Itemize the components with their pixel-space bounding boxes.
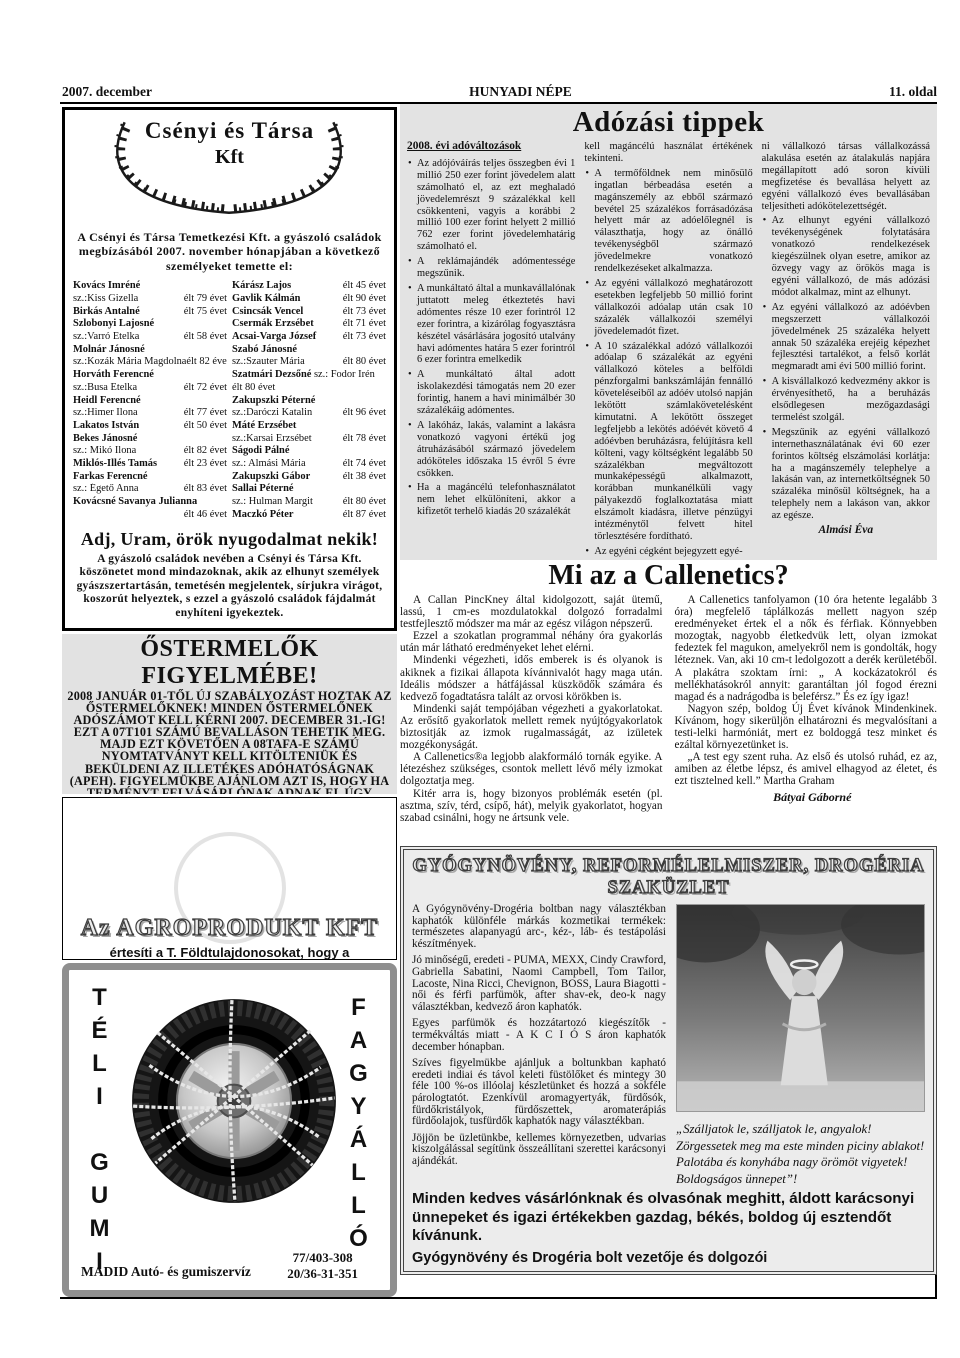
obituary-entry: Csincsák Vencel élt 73 évet xyxy=(232,306,386,319)
deceased-name: Maczkó Péter xyxy=(232,509,293,520)
age-at-death: élt 50 évet xyxy=(184,420,227,433)
drugstore-title: GYÓGYNÖVÉNY, REFORMÉLELMISZER, DROGÉRIA … xyxy=(412,855,925,899)
tire-shop-name: MADID Autó- és gumiszervíz xyxy=(81,1264,251,1280)
deceased-name: Szabó Jánosné xyxy=(232,344,297,355)
article-author: Bátyai Gáborné xyxy=(675,791,938,803)
age-at-death: élt 75 évet xyxy=(184,306,227,319)
age-at-death: élt 82 évet xyxy=(186,356,227,369)
deceased-name: Horváth Ferencné xyxy=(73,369,154,380)
obituary-entry: sz.:Szauter Mária élt 80 évet xyxy=(232,356,386,369)
obituary-entry: sz.:Karsai Erzsébet élt 78 évet xyxy=(232,433,386,446)
obituary-entry: Horváth Ferencné xyxy=(73,369,227,382)
page-bottom-rule xyxy=(60,1297,937,1299)
obituary-entry: sz.: Égető Anna élt 83 évet xyxy=(73,483,227,496)
tire-ad: TÉLI GUMI FAGYÁLLÓ xyxy=(62,963,397,1297)
tax-tips-column-3: ni vállalkozó társas vállalkozássá alaku… xyxy=(762,141,930,560)
tax-change-item: A munkáltató által adott iskolakezdési t… xyxy=(407,369,575,417)
obituary-entry: sz.:Varró Etelka élt 58 évet xyxy=(73,331,227,344)
callenetics-article: Mi az a Callenetics? A Callan PincKney á… xyxy=(400,560,937,846)
maiden-name: sz.: Hulman Margit xyxy=(232,496,313,507)
holiday-greeting: Minden kedves vásárlónknak és olvasónak … xyxy=(412,1190,925,1246)
tax-tip-item: Az egyéni vállalkozó meghatározott esete… xyxy=(584,278,752,338)
obituary-entry: élt 80 évet xyxy=(232,382,386,395)
obituary-entry: Bekes Jánosné xyxy=(73,433,227,446)
obituary-entry: élt 46 évet xyxy=(73,509,227,522)
deceased-name: Birkás Antalné xyxy=(73,306,140,317)
winter-tire-vertical-text: TÉLI GUMI xyxy=(85,984,113,1281)
tax-tip-item: A 10 százalékkal adózó vállalkozói adóal… xyxy=(584,341,752,543)
agroprodukt-notice: Az AGROPRODUKT KFT értesíti a T. Földtul… xyxy=(62,797,397,960)
tax-change-item: Ha a magáncélú telefonhasználatot nem le… xyxy=(407,482,575,518)
poem-line: Zörgessetek meg ma este minden piciny ab… xyxy=(676,1138,925,1155)
prayer-line: Adj, Uram, örök nyugodalmat nekik! xyxy=(73,529,386,550)
obituary-entry: Heidl Ferencné xyxy=(73,395,227,408)
paragraph: Ezzel a szokatlan programmal néhány óra … xyxy=(400,630,663,654)
condolence-thanks: A gyászoló családok nevében a Csényi és … xyxy=(73,553,386,621)
page-number: 11. oldal xyxy=(889,84,937,100)
tire-with-snow-chains-image xyxy=(127,994,341,1208)
tax-changes-heading: 2008. évi adóváltozások xyxy=(407,141,575,153)
maiden-name: sz.:Kozák Mária Magdolna xyxy=(73,356,186,367)
paragraph: Jó minőségű, eredeti - PUMA, MEXX, Cindy… xyxy=(412,955,666,1013)
obituary-entry: sz.: Hulman Margit élt 80 évet xyxy=(232,496,386,509)
age-at-death: élt 82 évet xyxy=(184,445,227,458)
callenetics-column-left: A Callan PincKney által kidolgozott, saj… xyxy=(400,594,663,824)
tax-tip-item: Megszűnik az egyéni vállalkozó interneth… xyxy=(762,427,930,522)
deceased-name: Csincsák Vencel xyxy=(232,306,303,317)
paragraph: Jöjjön be üzletünkbe, kellemes környezet… xyxy=(412,1133,666,1168)
tax-tip-item: A kisvállalkozó kedvezmény akkor is érvé… xyxy=(762,376,930,424)
obituary-entry: sz.:Daróczi Katalin élt 96 évet xyxy=(232,407,386,420)
maiden-name: sz.: Almási Mária xyxy=(232,458,306,469)
obituary-entry: Csermák Erzsébet élt 71 évet xyxy=(232,318,386,331)
farmers-notice-body: 2008 JANUÁR 01-TŐL ÚJ SZABÁLYOZÁST HOZTA… xyxy=(66,690,393,794)
obituary-entry: Szatmári Dezsőné sz.: Fodor Irén xyxy=(232,369,386,382)
deceased-name: Csermák Erzsébet xyxy=(232,318,314,329)
drugstore-title-line1: GYÓGYNÖVÉNY, REFORMÉLELMISZER, DROGÉRIA xyxy=(412,856,924,876)
tax-tip-item: Az elhunyt egyéni vállalkozó tevékenység… xyxy=(762,215,930,298)
age-at-death: élt 73 évet xyxy=(343,306,386,319)
age-at-death: élt 58 évet xyxy=(184,331,227,344)
obituary-ad: Csényi és Társa Kft A Csényi és Társa Te… xyxy=(62,107,397,631)
deceased-name: Gavlik Kálmán xyxy=(232,293,300,304)
phone-number-1: 77/403-308 xyxy=(287,1250,358,1266)
obituary-entry: Maczkó Péter élt 87 évet xyxy=(232,509,386,522)
tire-shop-phones: 77/403-308 20/36-31-351 xyxy=(287,1250,358,1282)
maiden-name: sz.:Karsai Erzsébet xyxy=(232,433,312,444)
age-at-death: élt 90 évet xyxy=(343,293,386,306)
obituary-entry: Sallai Péterné xyxy=(232,483,386,496)
angel-photo xyxy=(676,904,925,1112)
tax-tips-article: Adózási tippek 2008. évi adóváltozások A… xyxy=(400,104,937,560)
obituary-signature: Csényi László ügyvezető xyxy=(73,626,386,631)
age-at-death: élt 46 évet xyxy=(184,509,227,522)
obituary-entry: sz.:Himer Ilona élt 77 évet xyxy=(73,407,227,420)
deceased-name: Zakupszki Gábor xyxy=(232,471,310,482)
obituary-entry: Gavlik Kálmán élt 90 évet xyxy=(232,293,386,306)
paragraph: Mindenki végezheti, idős emberek is és o… xyxy=(400,654,663,702)
deceased-name: Lakatos István xyxy=(73,420,139,431)
obituary-entry: Zakupszki Gábor élt 38 évet xyxy=(232,471,386,484)
age-at-death: élt 23 évet xyxy=(184,458,227,471)
christmas-poem: „Szálljatok le, szálljatok le, angyalok!… xyxy=(676,1121,925,1187)
obituary-entry: sz.:Kiss Gizella élt 79 évet xyxy=(73,293,227,306)
poem-line: „Szálljatok le, szálljatok le, angyalok! xyxy=(676,1121,925,1138)
obituary-entry: Birkás Antalné élt 75 évet xyxy=(73,306,227,319)
age-at-death: élt 79 évet xyxy=(184,293,227,306)
poem-line: Palotába és konyhába nagy örömöt vigyete… xyxy=(676,1154,925,1171)
maiden-name: sz.:Szauter Mária xyxy=(232,356,305,367)
deceased-name: Bekes Jánosné xyxy=(73,433,137,444)
deceased-name: Kovácsné Savanya Julianna xyxy=(73,496,197,507)
paragraph: A Callan PincKney által kidolgozott, saj… xyxy=(400,594,663,630)
obituary-entry: sz.:Busa Etelka élt 72 évet xyxy=(73,382,227,395)
tax-change-item: Az adójóváírás teljes összegben évi 1 mi… xyxy=(407,158,575,253)
poem-line: Boldogságos ünnepet”! xyxy=(676,1171,925,1188)
tax-change-item: A lakóház, lakás, valamint a lakásra von… xyxy=(407,420,575,480)
obituary-entry: Kárász Lajos élt 45 évet xyxy=(232,280,386,293)
agroprodukt-subtitle: értesíti a T. Földtulajdonosokat, hogy a xyxy=(67,943,392,960)
deceased-list: Kovács Imréné sz.:Kiss Gizella élt 79 év… xyxy=(73,280,386,521)
deceased-name: Kárász Lajos xyxy=(232,280,291,291)
maiden-name: sz.: Mikó Ilona xyxy=(73,445,136,456)
tax-tips-column-1: 2008. évi adóváltozások Az adójóváírás t… xyxy=(407,141,575,560)
obituary-entry: Szabó Jánosné xyxy=(232,344,386,357)
paragraph: Kitér arra is, hogy bizonyos problémák e… xyxy=(400,788,663,824)
tax-tip-item: A termőföldnek nem minősülő ingatlan bér… xyxy=(584,168,752,275)
masthead: 2007. december HUNYADI NÉPE 11. oldal xyxy=(62,84,937,100)
age-at-death: élt 77 évet xyxy=(184,407,227,420)
obituary-entry: Lakatos István élt 50 évet xyxy=(73,420,227,433)
tax-tip-item: Az egyéni vállalkozó az adóévben megszer… xyxy=(762,302,930,373)
drugstore-image-column: „Szálljatok le, szálljatok le, angyalok!… xyxy=(676,904,925,1187)
age-at-death: élt 73 évet xyxy=(343,331,386,344)
obituary-entry: sz.: Mikó Ilona élt 82 évet xyxy=(73,445,227,458)
obituary-entry: sz.:Kozák Mária Magdolna élt 82 évet xyxy=(73,356,227,369)
maiden-name: sz.: Fodor Irén xyxy=(311,369,375,380)
age-at-death: élt 78 évet xyxy=(343,433,386,446)
article-author: Almási Éva xyxy=(762,525,930,537)
maiden-name: sz.:Daróczi Katalin xyxy=(232,407,312,418)
age-at-death: élt 87 évet xyxy=(343,509,386,522)
column-continuation: ni vállalkozó társas vállalkozássá alaku… xyxy=(762,141,930,212)
deceased-name: Ságodi Pálné xyxy=(232,445,289,456)
obituary-entry: Kovácsné Savanya Julianna xyxy=(73,496,227,509)
obituary-intro: A Csényi és Társa Temetkezési Kft. a gyá… xyxy=(73,230,386,273)
maiden-name: élt 80 évet xyxy=(232,382,275,393)
tax-tips-title: Adózási tippek xyxy=(407,106,930,139)
obituary-entry: Molnár Jánosné xyxy=(73,344,227,357)
paragraph: „A test egy szent ruha. Az első és utols… xyxy=(675,751,938,787)
tax-change-item: A munkáltató által a munkavállalónak jut… xyxy=(407,283,575,366)
paragraph: Egyes parfümök és hozzátartozó kiegészít… xyxy=(412,1018,666,1053)
callenetics-title: Mi az a Callenetics? xyxy=(400,560,937,592)
drugstore-ad: GYÓGYNÖVÉNY, REFORMÉLELMISZER, DROGÉRIA … xyxy=(400,846,937,1275)
obituary-entry: Acsai-Varga József élt 73 évet xyxy=(232,331,386,344)
drugstore-title-line2: SZAKÜZLET xyxy=(607,878,729,898)
deceased-name: Sallai Péterné xyxy=(232,483,293,494)
farmers-notice-title: ŐSTERMELŐK FIGYELMÉBE! xyxy=(66,636,393,690)
deceased-list-right: Kárász Lajos élt 45 évet Gavlik Kálmán é… xyxy=(232,280,386,521)
agroprodukt-title: Az AGROPRODUKT KFT xyxy=(67,913,392,943)
maiden-name: sz.: Égető Anna xyxy=(73,483,139,494)
paragraph: Szíves figyelmükbe ajánljuk a boltunkban… xyxy=(412,1058,666,1128)
farmers-notice: ŐSTERMELŐK FIGYELMÉBE! 2008 JANUÁR 01-TŐ… xyxy=(62,634,397,794)
age-at-death: élt 80 évet xyxy=(343,496,386,509)
tax-change-item: A reklámajándék adómentessége megszűnik. xyxy=(407,256,575,280)
maiden-name: sz.:Varró Etelka xyxy=(73,331,139,342)
age-at-death: élt 96 évet xyxy=(343,407,386,420)
paper-title: HUNYADI NÉPE xyxy=(469,84,572,100)
deceased-list-left: Kovács Imréné sz.:Kiss Gizella élt 79 év… xyxy=(73,280,227,521)
obituary-entry: Máté Erzsébet xyxy=(232,420,386,433)
paragraph: A Callenetics tanfolyamon (10 óra hetent… xyxy=(675,594,938,703)
obituary-entry: sz.: Almási Mária élt 74 évet xyxy=(232,458,386,471)
maiden-name: sz.:Himer Ilona xyxy=(73,407,138,418)
deceased-name: Heidl Ferencné xyxy=(73,395,141,406)
newspaper-page: 2007. december HUNYADI NÉPE 11. oldal Cs… xyxy=(0,0,960,1358)
obituary-entry: Ságodi Pálné xyxy=(232,445,386,458)
obituary-entry: Szlobonyi Lajosné xyxy=(73,318,227,331)
deceased-name: Kovács Imréné xyxy=(73,280,140,291)
funeral-company-logo: Csényi és Társa Kft xyxy=(73,114,386,226)
company-name-suffix: Kft xyxy=(73,146,386,169)
deceased-name: Miklós-Illés Tamás xyxy=(73,458,157,469)
column-continuation: kell magáncélú használat értékének tekin… xyxy=(584,141,752,165)
tax-tip-item: Az egyéni cégként bejegyzett egyé- xyxy=(584,546,752,558)
company-name: Csényi és Társa xyxy=(73,118,386,144)
paragraph: A Gyógynövény-Drogéria boltban nagy vála… xyxy=(412,904,666,950)
paragraph: Mindenki saját tempójában végezheti a gy… xyxy=(400,703,663,751)
deceased-name: Zakupszki Péterné xyxy=(232,395,315,406)
maiden-name: sz.:Kiss Gizella xyxy=(73,293,138,304)
deceased-name: Acsai-Varga József xyxy=(232,331,316,342)
age-at-death: élt 74 évet xyxy=(343,458,386,471)
antifreeze-vertical-text: FAGYÁLLÓ xyxy=(344,994,372,1258)
paragraph: Nagyon szép, boldog Új Évet kívánok Mind… xyxy=(675,703,938,751)
callenetics-column-right: A Callenetics tanfolyamon (10 óra hetent… xyxy=(675,594,938,824)
age-at-death: élt 80 évet xyxy=(343,356,386,369)
obituary-entry: Farkas Ferencné xyxy=(73,471,227,484)
age-at-death: élt 71 évet xyxy=(343,318,386,331)
deceased-name: Molnár Jánosné xyxy=(73,344,145,355)
age-at-death: élt 38 évet xyxy=(343,471,386,484)
age-at-death: élt 45 évet xyxy=(343,280,386,293)
age-at-death: élt 83 évet xyxy=(184,483,227,496)
maiden-name: sz.:Busa Etelka xyxy=(73,382,137,393)
age-at-death: élt 72 évet xyxy=(184,382,227,395)
obituary-entry: Zakupszki Péterné xyxy=(232,395,386,408)
issue-date: 2007. december xyxy=(62,84,152,100)
deceased-name: Szlobonyi Lajosné xyxy=(73,318,154,329)
paragraph: A Callenetics®a legjobb alakformáló torn… xyxy=(400,751,663,787)
obituary-entry: Miklós-Illés Tamás élt 23 évet xyxy=(73,458,227,471)
deceased-name: Szatmári Dezsőné xyxy=(232,369,311,380)
drugstore-text-column: A Gyógynövény-Drogéria boltban nagy vála… xyxy=(412,904,666,1187)
phone-number-2: 20/36-31-351 xyxy=(287,1266,358,1282)
drugstore-signoff: Gyógynövény és Drogéria bolt vezetője és… xyxy=(412,1250,925,1266)
deceased-name: Máté Erzsébet xyxy=(232,420,296,431)
tax-tips-column-2: kell magáncélú használat értékének tekin… xyxy=(584,141,752,560)
obituary-entry: Kovács Imréné xyxy=(73,280,227,293)
deceased-name: Farkas Ferencné xyxy=(73,471,148,482)
